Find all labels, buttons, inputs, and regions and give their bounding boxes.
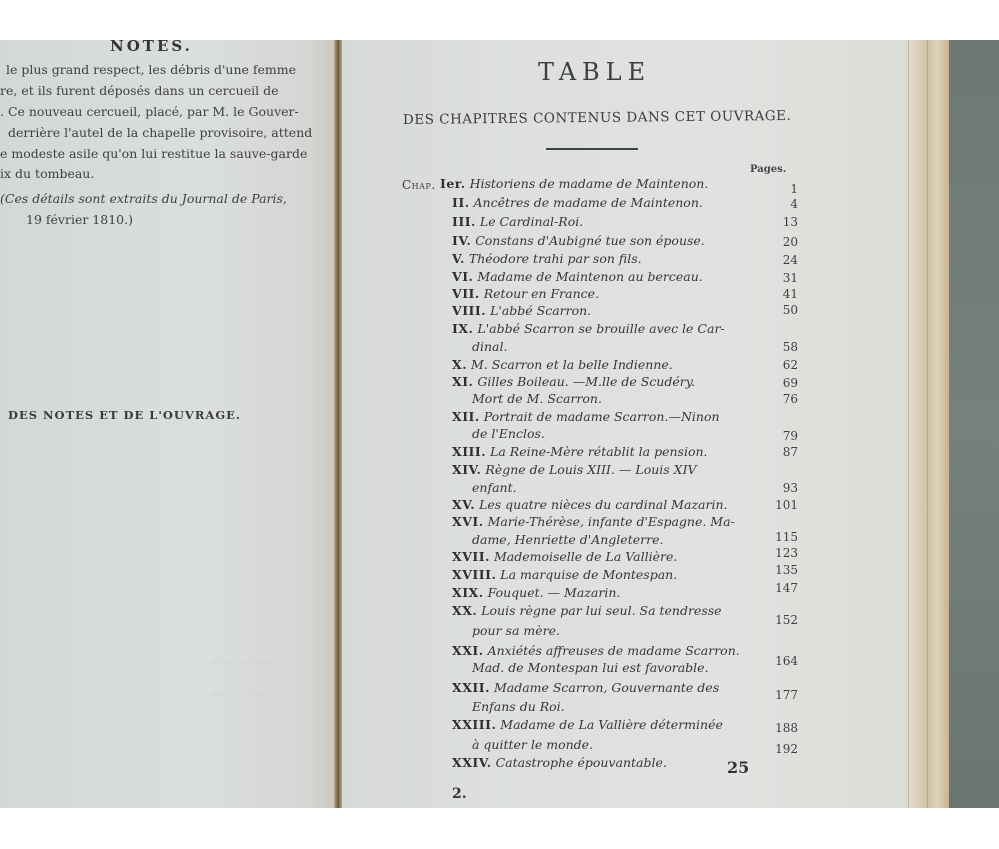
toc-entry: VI. Madame de Maintenon au berceau. xyxy=(452,269,703,284)
left-page: NOTES. le plus grand respect, les débris… xyxy=(0,40,338,808)
page-number: 1 xyxy=(758,182,798,196)
toc-entry-continuation: Mort de M. Scarron. xyxy=(472,391,602,406)
toc-entry: IV. Constans d'Aubigné tue son épouse. xyxy=(452,233,705,248)
page-number: 93 xyxy=(758,481,798,495)
toc-entry-continuation: dinal. xyxy=(472,339,507,354)
notes-header: NOTES. xyxy=(110,40,193,55)
toc-entry: XIV. Règne de Louis XIII. — Louis XIV xyxy=(452,462,697,477)
bleed-through-text: ····· ··· ·· ······ xyxy=(210,690,270,701)
page-number: 79 xyxy=(758,429,798,443)
page-title: TABLE xyxy=(538,58,651,86)
book-photo: NOTES. le plus grand respect, les débris… xyxy=(0,40,999,808)
pages-column-label: Pages. xyxy=(750,164,786,175)
toc-entry: XVI. Marie-Thérèse, infante d'Espagne. M… xyxy=(452,514,735,529)
page-number: 123 xyxy=(758,546,798,560)
toc-entry: VII. Retour en France. xyxy=(452,286,599,301)
toc-entry-continuation: de l'Enclos. xyxy=(472,426,545,441)
toc-entry: II. Ancêtres de madame de Maintenon. xyxy=(452,195,703,210)
toc-entry-continuation: Enfans du Roi. xyxy=(472,699,565,714)
page-number: 24 xyxy=(758,253,798,267)
toc-entry: XXI. Anxiétés affreuses de madame Scarro… xyxy=(452,643,740,658)
page-number: 87 xyxy=(758,445,798,459)
toc-entry-continuation: enfant. xyxy=(472,480,517,495)
toc-entry: XX. Louis règne par lui seul. Sa tendres… xyxy=(452,603,722,618)
page-edges xyxy=(908,40,949,808)
notes-line: re, et ils furent déposés dans un cercue… xyxy=(0,83,278,98)
page-number: 152 xyxy=(758,613,798,627)
toc-entry-continuation: Mad. de Montespan lui est favorable. xyxy=(472,660,709,675)
citation-line: (Ces détails sont extraits du Journal de… xyxy=(0,191,287,206)
page-number: 50 xyxy=(758,303,798,317)
toc-entry: V. Théodore trahi par son fils. xyxy=(452,251,642,266)
toc-entry: XVII. Mademoiselle de La Vallière. xyxy=(452,549,677,564)
toc-entry: XXIV. Catastrophe épouvantable. xyxy=(452,755,667,770)
toc-entry-continuation: à quitter le monde. xyxy=(472,737,593,752)
signature-mark: 2. xyxy=(452,786,467,802)
toc-entry: XXIII. Madame de La Vallière déterminée xyxy=(452,717,723,732)
toc-entry-continuation: dame, Henriette d'Angleterre. xyxy=(472,532,663,547)
page-number: 164 xyxy=(758,654,798,668)
toc-entry: XV. Les quatre nièces du cardinal Mazari… xyxy=(452,497,727,512)
citation-date: 19 février 1810.) xyxy=(26,212,133,227)
page-number: 69 xyxy=(758,376,798,390)
toc-entry: X. M. Scarron et la belle Indienne. xyxy=(452,357,673,372)
end-of-notes: DES NOTES ET DE L'OUVRAGE. xyxy=(8,408,241,422)
toc-entry: VIII. L'abbé Scarron. xyxy=(452,303,591,318)
notes-line: derrière l'autel de la chapelle provisoi… xyxy=(8,125,312,140)
toc-entry: XVIII. La marquise de Montespan. xyxy=(452,567,677,582)
page-number: 4 xyxy=(758,197,798,211)
page-number: 41 xyxy=(758,287,798,301)
toc-entry: III. Le Cardinal-Roi. xyxy=(452,214,583,229)
bleed-through-text: ··· ··· ····· ······ xyxy=(210,658,274,669)
toc-entry: XII. Portrait de madame Scarron.—Ninon xyxy=(452,409,720,424)
page-number: 135 xyxy=(758,563,798,577)
toc-entry: XXII. Madame Scarron, Gouvernante des xyxy=(452,680,719,695)
page-number: 76 xyxy=(758,392,798,406)
chapter-label: Chap. xyxy=(402,178,436,192)
toc-entry: Ier. Historiens de madame de Maintenon. xyxy=(440,176,708,191)
catchword: 25 xyxy=(727,758,749,777)
page-number: 147 xyxy=(758,581,798,595)
page-number: 115 xyxy=(758,530,798,544)
page-number: 177 xyxy=(758,688,798,702)
page-number: 20 xyxy=(758,235,798,249)
toc-entry: IX. L'abbé Scarron se brouille avec le C… xyxy=(452,321,725,336)
page-number: 58 xyxy=(758,340,798,354)
toc-entry: XIX. Fouquet. — Mazarin. xyxy=(452,585,620,600)
notes-line: ix du tombeau. xyxy=(0,166,94,181)
page-number: 31 xyxy=(758,271,798,285)
page-number: 62 xyxy=(758,358,798,372)
toc-entry-continuation: pour sa mère. xyxy=(472,623,560,638)
notes-line: le plus grand respect, les débris d'une … xyxy=(6,62,296,77)
notes-line: e modeste asile qu'on lui restitue la sa… xyxy=(0,146,307,161)
toc-entry: XI. Gilles Boileau. —M.lle de Scudéry. xyxy=(452,374,695,389)
page-number: 13 xyxy=(758,215,798,229)
table-surface xyxy=(945,40,999,808)
page-number: 192 xyxy=(758,742,798,756)
toc-entry: XIII. La Reine-Mère rétablit la pension. xyxy=(452,444,708,459)
notes-line: . Ce nouveau cercueil, placé, par M. le … xyxy=(0,104,299,119)
page-number: 101 xyxy=(758,498,798,512)
title-rule xyxy=(546,148,638,150)
page-number: 188 xyxy=(758,721,798,735)
